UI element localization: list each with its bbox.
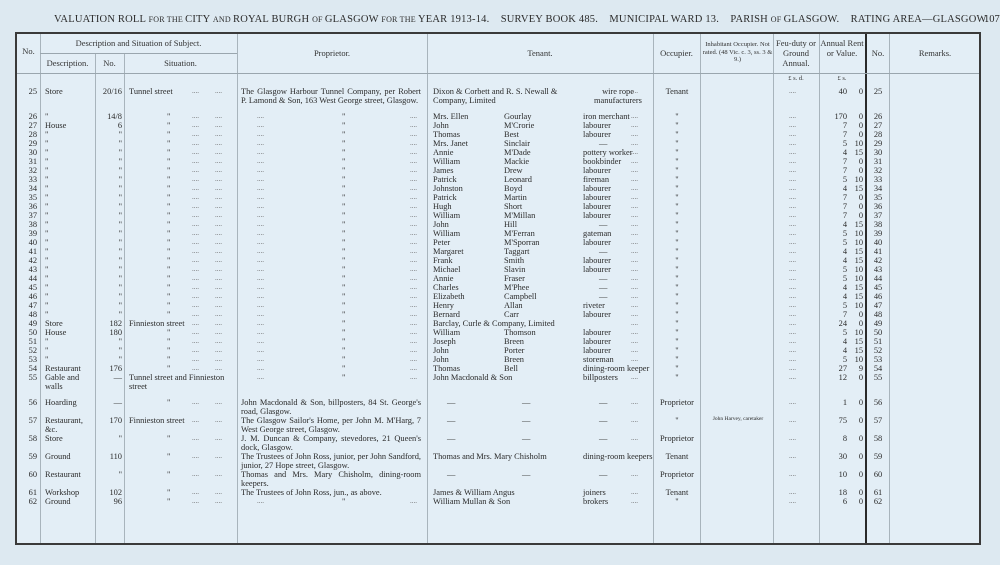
leader-dots: .... [631,247,638,256]
row-tenant-last: Allan [504,301,523,310]
leader-dots: .... [410,373,417,382]
row-trade: — [599,220,607,229]
leader-dots: .... [215,301,222,310]
row-description: " [45,202,95,211]
row-tenant-last: Boyd [504,184,522,193]
leader-dots: .... [410,157,417,166]
row-feu-duty: .... [789,337,796,346]
leader-dots: .... [410,319,417,328]
row-house-number: " [97,355,122,364]
row-proprietor: " [342,292,345,301]
row-rent-pounds: 5 [823,301,847,310]
leader-dots: .... [410,166,417,175]
leader-dots: .... [631,283,638,292]
leader-dots: .... [631,434,638,443]
leader-dots: .... [410,238,417,247]
row-rent-pounds: 5 [823,328,847,337]
row-tenant-last: — [522,434,530,443]
row-trade: labourer [583,328,611,337]
leader-dots: .... [257,202,264,211]
leader-dots: .... [257,373,264,382]
row-proprietor: John Macdonald & Son, billposters, 84 St… [241,398,421,416]
leader-dots: .... [192,434,199,443]
row-number: 48 [19,310,37,319]
leader-dots: .... [410,265,417,274]
row-tenant-last: Breen [504,355,524,364]
row-house-number: 182 [97,319,122,328]
row-tenant-first: Johnston [433,184,463,193]
row-description: " [45,238,95,247]
row-house-number: " [97,256,122,265]
header-proprietor: Proprietor. [237,48,427,58]
row-occupier: " [655,229,699,238]
row-occupier: " [655,211,699,220]
row-rent-shillings: 0 [849,202,863,211]
leader-dots: .... [410,274,417,283]
row-number: 36 [19,202,37,211]
row-rent-shillings: 0 [849,452,863,461]
row-feu-duty: .... [789,283,796,292]
col-divider [653,34,654,543]
row-rent-pounds: 4 [823,256,847,265]
leader-dots: .... [192,220,199,229]
leader-dots: .... [410,283,417,292]
row-feu-duty: .... [789,373,796,382]
row-proprietor: " [342,247,345,256]
title-part: GLASGOW. RATING AREA—GLASGOW. [784,14,989,25]
leader-dots: .... [192,265,199,274]
leader-dots: .... [215,193,222,202]
row-rent-pounds: 12 [823,373,847,382]
row-proprietor: " [342,130,345,139]
row-feu-duty: .... [789,434,796,443]
leader-dots: .... [410,247,417,256]
row-occupier: " [655,148,699,157]
leader-dots: .... [257,220,264,229]
leader-dots: .... [215,238,222,247]
header-number: No. [95,58,124,68]
row-proprietor: " [342,319,345,328]
row-number: 30 [19,148,37,157]
leader-dots: .... [410,193,417,202]
row-house-number: " [97,130,122,139]
row-rent-shillings: 10 [849,238,863,247]
row-tenant-last: Carr [504,310,519,319]
leader-dots: .... [257,130,264,139]
row-description: Workshop [45,488,95,497]
row-number-right: 32 [869,166,887,175]
row-rent-shillings: 15 [849,148,863,157]
row-number-right: 40 [869,238,887,247]
row-tenant-last: Sinclair [504,139,530,148]
row-number-right: 34 [869,184,887,193]
row-trade: labourer [583,265,611,274]
row-number: 52 [19,346,37,355]
row-situation: " [167,184,170,193]
row-feu-duty: .... [789,121,796,130]
row-proprietor: " [342,310,345,319]
row-house-number: " [97,337,122,346]
row-description: " [45,292,95,301]
row-rent-shillings: 15 [849,283,863,292]
title-part: CITY [185,14,213,25]
row-situation: " [167,238,170,247]
row-description: " [45,175,95,184]
row-description: Restaurant, &c. [45,416,95,434]
leader-dots: .... [631,112,638,121]
leader-dots: .... [192,301,199,310]
row-trade: riveter [583,301,605,310]
row-occupier: " [655,202,699,211]
col-divider [40,34,41,543]
row-rent-pounds: 1 [823,398,847,407]
row-house-number: " [97,211,122,220]
page-title: VALUATION ROLL FOR THE CITY AND ROYAL BU… [54,14,999,25]
row-trade: labourer [583,337,611,346]
leader-dots: .... [410,346,417,355]
row-description: " [45,247,95,256]
row-tenant-first: — [447,434,455,443]
row-feu-duty: .... [789,497,796,506]
row-tenant-first: Peter [433,238,450,247]
row-situation: " [167,112,170,121]
row-occupier: Tenant [655,87,699,96]
leader-dots: .... [192,166,199,175]
row-description: Hoarding [45,398,95,407]
row-rent-shillings: 0 [849,87,863,96]
row-feu-duty: .... [789,292,796,301]
row-description: Gable and walls [45,373,95,391]
row-proprietor: " [342,265,345,274]
row-number: 54 [19,364,37,373]
row-rent-pounds: 5 [823,265,847,274]
leader-dots: .... [257,184,264,193]
row-occupier: " [655,121,699,130]
row-tenant-first: — [447,416,455,425]
row-situation: " [167,452,170,461]
title-part: ROYAL BURGH [233,14,312,25]
row-number-right: 56 [869,398,887,407]
row-rent-pounds: 7 [823,310,847,319]
row-rent-pounds: 10 [823,470,847,479]
row-proprietor: The Trustees of John Ross, jun., as abov… [241,488,421,497]
leader-dots: .... [215,202,222,211]
row-proprietor: " [342,256,345,265]
row-situation: " [167,256,170,265]
row-occupier: " [655,364,699,373]
leader-dots: .... [410,220,417,229]
row-occupier: " [655,373,699,382]
row-feu-duty: .... [789,470,796,479]
leader-dots: .... [631,328,638,337]
leader-dots: .... [192,87,199,96]
leader-dots: .... [215,364,222,373]
row-rent-pounds: 30 [823,452,847,461]
title-part: VALUATION ROLL [54,14,149,25]
col-divider [819,34,820,543]
row-house-number: " [97,274,122,283]
row-rent-shillings: 10 [849,139,863,148]
leader-dots: .... [631,193,638,202]
row-rent-shillings: 0 [849,130,863,139]
leader-dots: .... [215,292,222,301]
row-house-number: 102 [97,488,122,497]
row-trade: labourer [583,211,611,220]
row-number: 61 [19,488,37,497]
row-trade: — [599,274,607,283]
leader-dots: .... [215,470,222,479]
row-situation: " [167,130,170,139]
row-house-number: — [97,398,122,407]
row-rent-shillings: 15 [849,337,863,346]
row-tenant-first: Bernard [433,310,460,319]
title-part: OF [771,15,784,24]
row-trade: — [599,434,607,443]
row-trade: labourer [583,238,611,247]
row-number-right: 58 [869,434,887,443]
row-proprietor: " [342,193,345,202]
row-rent-shillings: 0 [849,121,863,130]
row-description: Store [45,434,95,443]
leader-dots: .... [192,398,199,407]
row-feu-duty: .... [789,211,796,220]
header-no: No. [17,46,40,56]
row-rent-shillings: 0 [849,470,863,479]
row-tenant-first: John [433,220,449,229]
row-occupier: " [655,346,699,355]
row-tenant-last: M'Ferran [504,229,535,238]
leader-dots: .... [192,497,199,506]
row-number-right: 36 [869,202,887,211]
row-house-number: " [97,193,122,202]
row-situation: Finnieston street [129,416,229,425]
leader-dots: .... [215,452,222,461]
leader-dots: .... [257,292,264,301]
row-rent-shillings: 0 [849,112,863,121]
leader-dots: .... [631,337,638,346]
row-feu-duty: .... [789,157,796,166]
row-trade: labourer [583,202,611,211]
row-rent-shillings: 10 [849,355,863,364]
row-trade: brokers [583,497,608,506]
leader-dots: .... [410,121,417,130]
row-number: 39 [19,229,37,238]
row-proprietor: " [342,301,345,310]
row-tenant: John Macdonald & Son [433,373,583,382]
leader-dots: .... [215,497,222,506]
row-number-right: 28 [869,130,887,139]
row-number: 28 [19,130,37,139]
row-tenant-first: — [447,398,455,407]
row-number-right: 29 [869,139,887,148]
row-tenant-last: M'Millan [504,211,535,220]
title-part: GLASGOW [325,14,382,25]
row-occupier: " [655,175,699,184]
leader-dots: .... [257,247,264,256]
leader-dots: .... [410,112,417,121]
row-tenant-first: Frank [433,256,453,265]
leader-dots: .... [192,364,199,373]
row-tenant-last: Taggart [504,247,529,256]
leader-dots: .... [215,247,222,256]
row-situation: " [167,274,170,283]
row-proprietor: " [342,166,345,175]
leader-dots: .... [257,497,264,506]
row-number-right: 30 [869,148,887,157]
leader-dots: .... [192,193,199,202]
row-number: 56 [19,398,37,407]
row-number-right: 47 [869,301,887,310]
row-feu-duty: .... [789,488,796,497]
row-situation: " [167,265,170,274]
row-occupier: Proprietor [655,398,699,407]
row-rent-pounds: 4 [823,148,847,157]
row-trade: — [599,398,607,407]
row-number: 25 [19,87,37,96]
row-situation: Finnieston street [129,319,229,328]
row-situation: " [167,220,170,229]
row-situation: " [167,328,170,337]
row-proprietor: The Trustees of John Ross, junior, per J… [241,452,421,470]
row-number-right: 38 [869,220,887,229]
leader-dots: .... [257,166,264,175]
row-number-right: 57 [869,416,887,425]
row-number: 50 [19,328,37,337]
row-feu-duty: .... [789,355,796,364]
header-rule [17,73,979,74]
row-tenant-first: John [433,346,449,355]
row-rent-shillings: 9 [849,364,863,373]
row-situation: " [167,166,170,175]
row-rent-shillings: 15 [849,220,863,229]
leader-dots: .... [257,175,264,184]
leader-dots: .... [215,434,222,443]
row-proprietor: Thomas and Mrs. Mary Chisholm, dining-ro… [241,470,421,488]
row-number: 59 [19,452,37,461]
row-number-right: 37 [869,211,887,220]
row-number-right: 50 [869,328,887,337]
row-house-number: " [97,157,122,166]
col-divider-heavy [865,34,867,543]
row-number-right: 53 [869,355,887,364]
row-situation: " [167,247,170,256]
row-trade: pottery worker [583,148,633,157]
page-number: 107 [984,14,1000,25]
row-feu-duty: .... [789,416,796,425]
leader-dots: .... [192,292,199,301]
row-proprietor: " [342,139,345,148]
rent-units: £ s. [819,75,865,83]
row-description: " [45,355,95,364]
row-occupier: " [655,283,699,292]
row-rent-pounds: 6 [823,497,847,506]
row-rent-shillings: 0 [849,193,863,202]
row-house-number: 110 [97,452,122,461]
row-number-right: 45 [869,283,887,292]
row-number-right: 55 [869,373,887,382]
row-number: 53 [19,355,37,364]
leader-dots: .... [215,220,222,229]
header-no-right: No. [867,48,889,58]
leader-dots: .... [215,229,222,238]
row-description: Ground [45,452,95,461]
leader-dots: .... [192,274,199,283]
row-number: 49 [19,319,37,328]
leader-dots: .... [631,373,638,382]
row-rent-shillings: 0 [849,488,863,497]
row-proprietor: " [342,274,345,283]
row-rent-shillings: 15 [849,292,863,301]
row-tenant-last: M'Phee [504,283,529,292]
row-house-number: " [97,139,122,148]
leader-dots: .... [257,283,264,292]
leader-dots: .... [631,256,638,265]
row-tenant-last: Campbell [504,292,537,301]
leader-dots: .... [215,328,222,337]
leader-dots: .... [215,184,222,193]
row-tenant-last: M'Sporran [504,238,539,247]
row-proprietor: " [342,148,345,157]
leader-dots: .... [192,139,199,148]
row-house-number: " [97,229,122,238]
leader-dots: .... [192,355,199,364]
row-proprietor: " [342,337,345,346]
row-description: " [45,337,95,346]
row-house-number: 176 [97,364,122,373]
leader-dots: .... [257,319,264,328]
row-number: 27 [19,121,37,130]
leader-dots: .... [410,139,417,148]
row-proprietor: " [342,157,345,166]
feu-units: £ s. d. [773,75,819,83]
row-situation: " [167,488,170,497]
row-tenant-last: Smith [504,256,524,265]
row-tenant-last: — [522,398,530,407]
leader-dots: .... [192,283,199,292]
leader-dots: .... [192,175,199,184]
row-number-right: 59 [869,452,887,461]
row-number: 43 [19,265,37,274]
leader-dots: .... [631,355,638,364]
leader-dots: .... [631,319,638,328]
row-occupier: " [655,265,699,274]
row-feu-duty: .... [789,87,796,96]
leader-dots: .... [410,337,417,346]
row-feu-duty: .... [789,166,796,175]
row-description: " [45,148,95,157]
row-occupier: " [655,301,699,310]
row-number-right: 54 [869,364,887,373]
row-proprietor: " [342,283,345,292]
header-tenant: Tenant. [427,48,653,58]
row-rent-shillings: 15 [849,184,863,193]
leader-dots: .... [631,139,638,148]
row-number-right: 44 [869,274,887,283]
row-feu-duty: .... [789,193,796,202]
row-trade: — [599,416,607,425]
row-house-number: " [97,470,122,479]
leader-dots: .... [192,121,199,130]
valuation-table: No. Description and Situation of Subject… [15,32,981,545]
col-divider [124,54,125,543]
header-description: Description. [40,58,95,68]
row-house-number: " [97,310,122,319]
row-proprietor: " [342,220,345,229]
row-occupier: " [655,166,699,175]
col-divider [95,54,96,543]
row-tenant-last: Fraser [504,274,525,283]
leader-dots: .... [631,274,638,283]
